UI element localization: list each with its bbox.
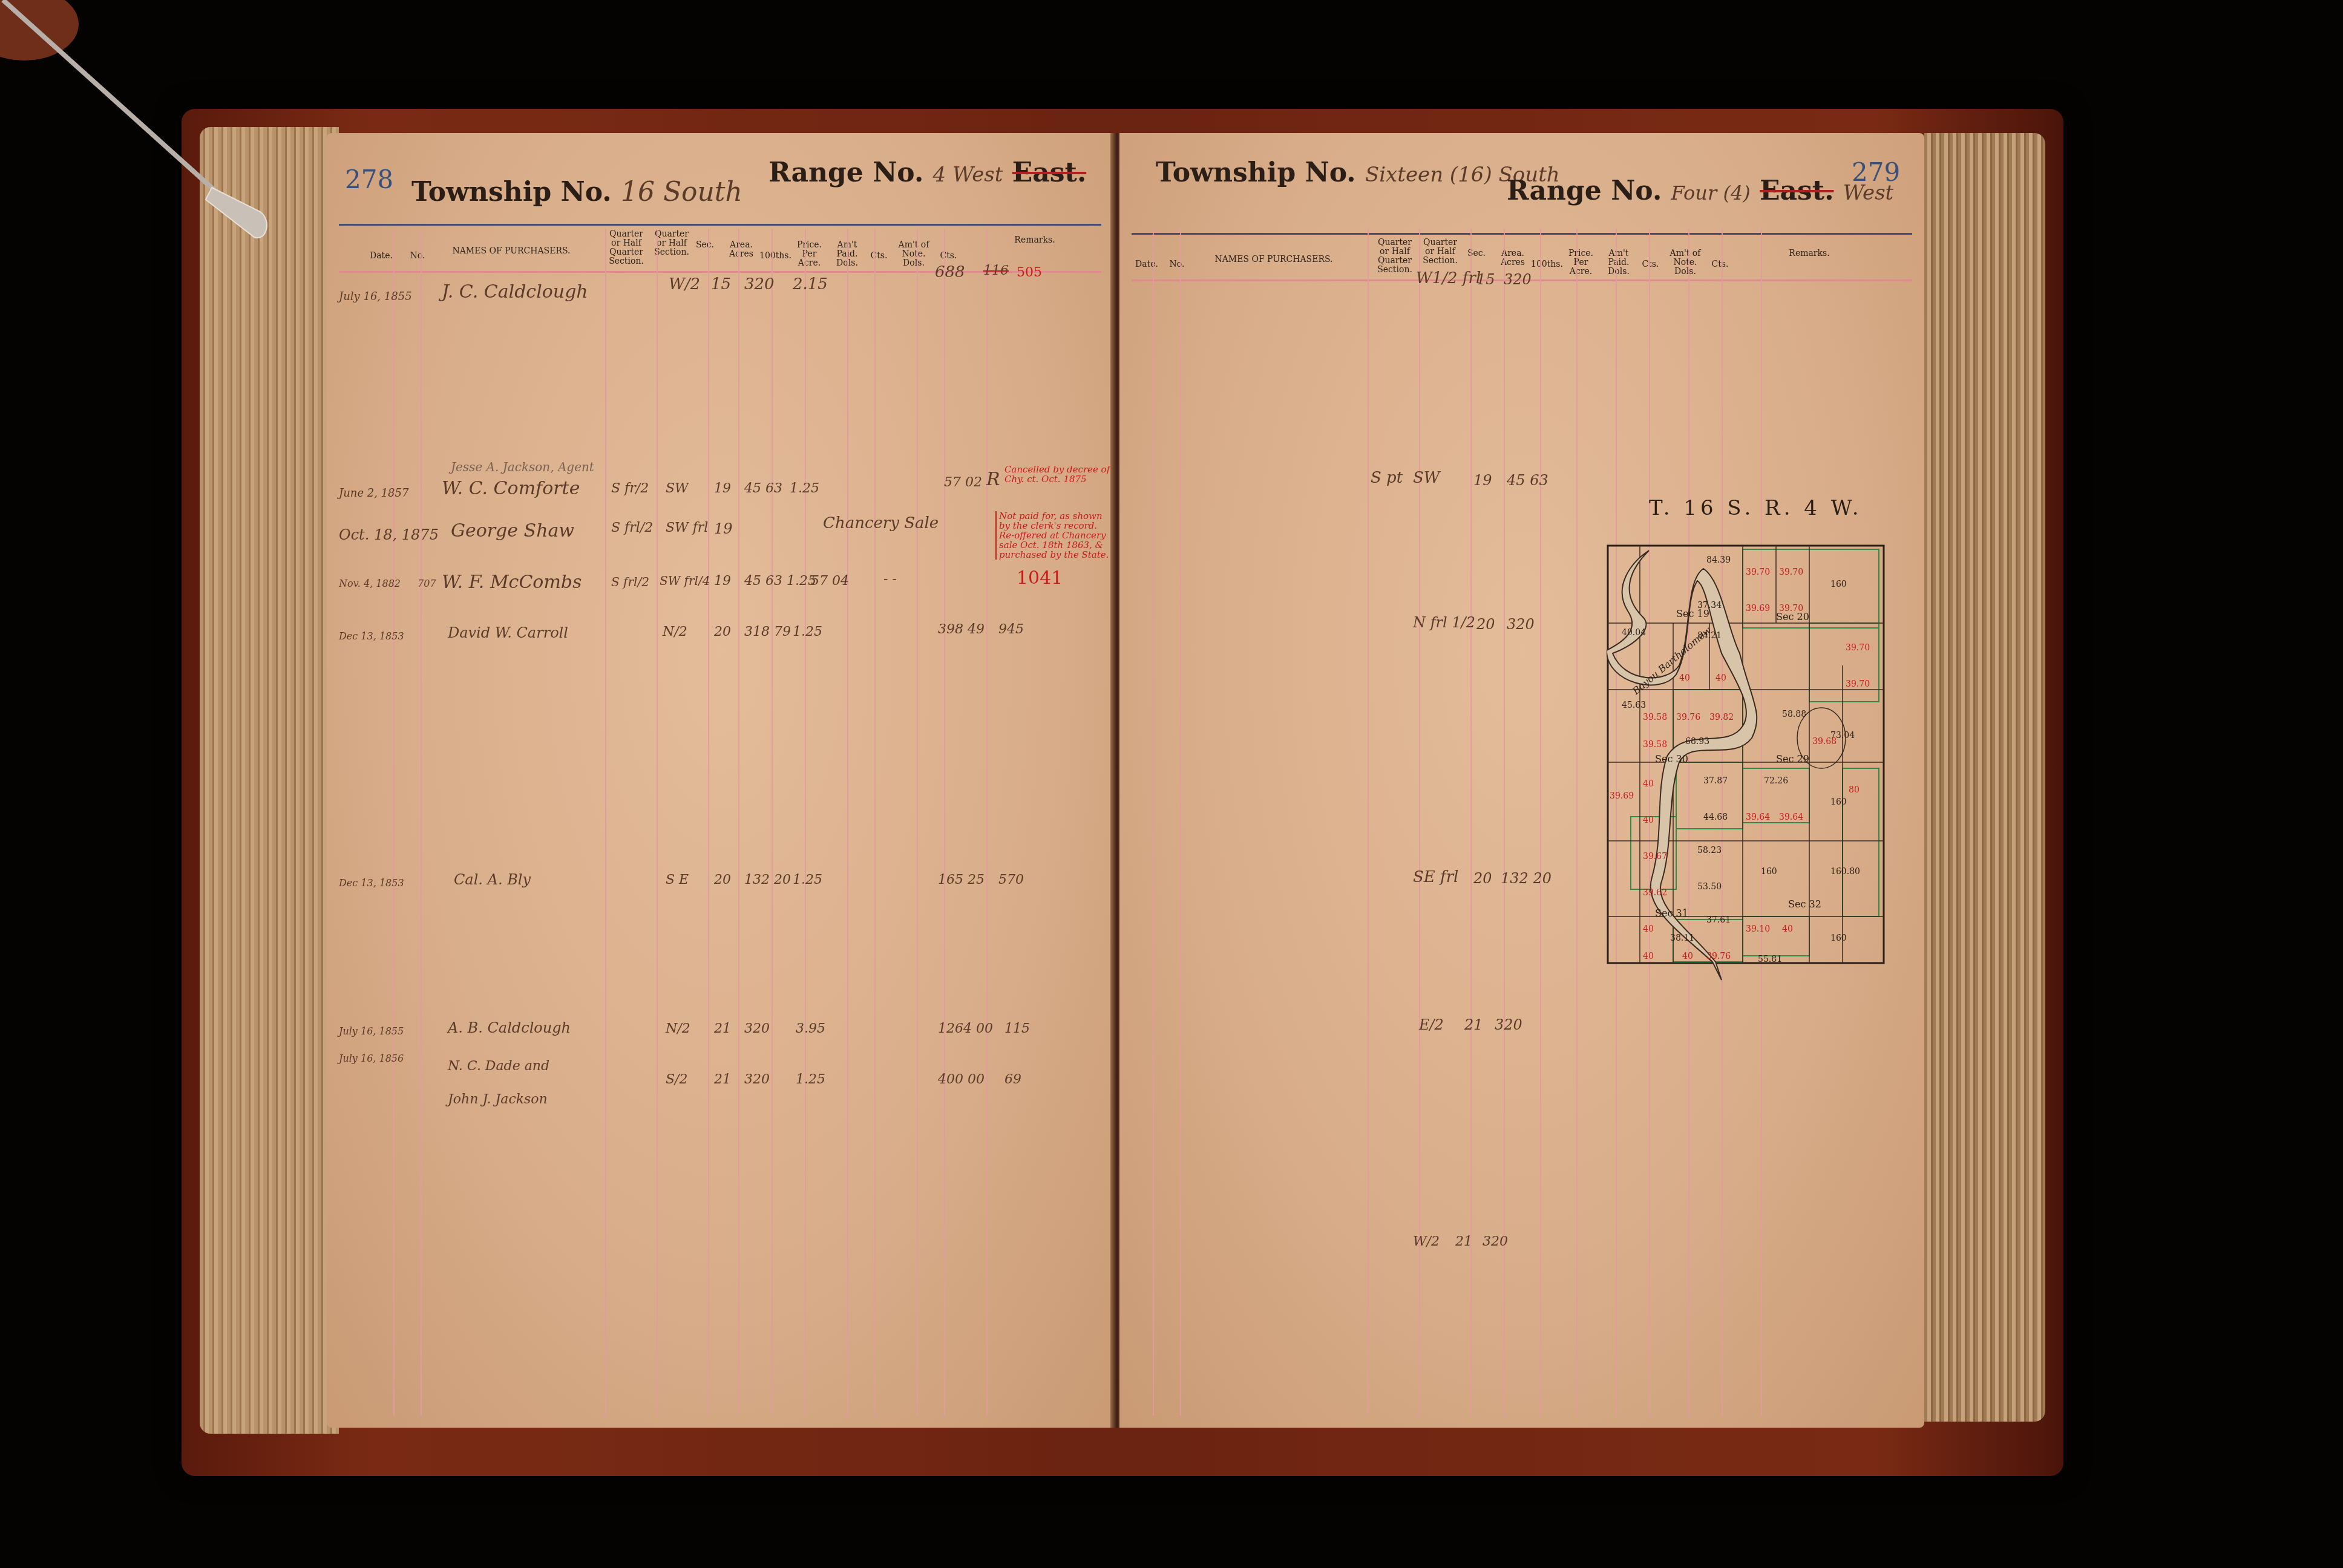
- township-heading: Township No. Sixteen (16) South: [1156, 157, 1560, 188]
- col-hundredths: 100ths.: [1531, 260, 1561, 269]
- svg-text:84.39: 84.39: [1706, 555, 1731, 565]
- township-plat-map: Bayou Bartholomew Sec 19 Sec 20 Sec 29 S…: [1607, 544, 1885, 992]
- left-page: 278 Township No. 16 South Range No. 4 We…: [327, 133, 1113, 1428]
- col-names: NAMES OF PURCHASERS.: [442, 247, 581, 256]
- svg-text:72.26: 72.26: [1764, 776, 1788, 786]
- svg-text:40: 40: [1782, 924, 1793, 934]
- col-no: No.: [1168, 260, 1186, 269]
- svg-text:160: 160: [1830, 933, 1847, 943]
- svg-text:39.67: 39.67: [1643, 852, 1667, 861]
- svg-text:40.04: 40.04: [1622, 628, 1646, 638]
- svg-text:160: 160: [1830, 797, 1847, 807]
- col-paid-cts: Cts.: [868, 252, 890, 261]
- svg-text:39.58: 39.58: [1643, 713, 1667, 722]
- col-note-dols: Am't of Note. Dols.: [1664, 249, 1706, 276]
- range-heading: Range No. 4 West East.: [768, 157, 1086, 188]
- svg-text:Sec 31: Sec 31: [1655, 907, 1688, 919]
- col-note-cts: Cts.: [938, 252, 959, 261]
- svg-text:37.61: 37.61: [1706, 915, 1731, 925]
- page-turner-tool: [0, 0, 424, 272]
- svg-text:39.70: 39.70: [1846, 643, 1870, 653]
- map-title: T. 16 S. R. 4 W.: [1649, 496, 1863, 520]
- range-label: Range No.: [1507, 175, 1662, 206]
- svg-text:37.34: 37.34: [1697, 601, 1722, 610]
- svg-text:39.70: 39.70: [1779, 604, 1803, 613]
- svg-text:53.50: 53.50: [1697, 882, 1722, 892]
- svg-text:39.64: 39.64: [1746, 812, 1770, 822]
- right-page: Township No. Sixteen (16) South Range No…: [1119, 133, 1924, 1428]
- svg-text:39.69: 39.69: [1610, 791, 1634, 801]
- range-heading: Range No. Four (4) East. West: [1507, 175, 1893, 206]
- svg-text:58.23: 58.23: [1697, 846, 1722, 855]
- svg-text:39.70: 39.70: [1746, 567, 1770, 577]
- col-half-quarter: Quarter or Half Quarter Section.: [1374, 238, 1416, 275]
- col-half-section: Quarter or Half Section.: [654, 230, 690, 257]
- header-rule: [339, 224, 1101, 226]
- col-price: Price. Per Acre.: [793, 241, 826, 268]
- township-label: Township No.: [411, 177, 612, 207]
- svg-text:40: 40: [1715, 673, 1726, 683]
- col-date: Date.: [1135, 260, 1159, 269]
- svg-text:160: 160: [1830, 580, 1847, 589]
- col-half-quarter: Quarter or Half Quarter Section.: [605, 230, 647, 266]
- township-label: Township No.: [1156, 157, 1356, 188]
- col-note-dols: Am't of Note. Dols.: [893, 241, 935, 268]
- svg-text:40: 40: [1643, 924, 1654, 934]
- range-label: Range No.: [768, 157, 923, 188]
- svg-text:39.70: 39.70: [1779, 567, 1803, 577]
- header-rule: [1132, 233, 1912, 235]
- svg-text:68.93: 68.93: [1685, 737, 1709, 746]
- col-acres: Area. Acres: [1495, 249, 1531, 267]
- col-price: Price. Per Acre.: [1564, 249, 1597, 276]
- svg-text:39.82: 39.82: [1709, 713, 1734, 722]
- svg-text:39.10: 39.10: [1746, 924, 1770, 934]
- col-note-cts: Cts.: [1709, 260, 1731, 269]
- svg-text:40: 40: [1682, 952, 1693, 961]
- svg-text:160: 160: [1761, 867, 1777, 877]
- svg-text:39.76: 39.76: [1706, 952, 1731, 961]
- svg-text:39.68: 39.68: [1812, 737, 1837, 746]
- svg-text:39.70: 39.70: [1846, 679, 1870, 689]
- direction-struck: East.: [1012, 157, 1086, 188]
- svg-text:40: 40: [1679, 673, 1690, 683]
- range-value: Four (4): [1671, 181, 1751, 204]
- svg-text:Sec 32: Sec 32: [1788, 898, 1821, 910]
- page-number: 279: [1852, 157, 1900, 187]
- svg-text:84.21: 84.21: [1697, 631, 1722, 641]
- page-edges-right: [1924, 133, 2045, 1422]
- col-sec: Sec.: [1464, 249, 1489, 258]
- township-heading: Township No. 16 South: [411, 177, 742, 207]
- svg-text:39.64: 39.64: [1779, 812, 1803, 822]
- direction-struck: East.: [1760, 175, 1833, 206]
- range-value: 4 West: [933, 163, 1003, 187]
- col-remarks: Remarks.: [998, 236, 1071, 245]
- svg-text:44.68: 44.68: [1703, 812, 1728, 822]
- col-names: NAMES OF PURCHASERS.: [1204, 255, 1343, 264]
- svg-text:55.81: 55.81: [1758, 955, 1782, 964]
- svg-text:38.11: 38.11: [1670, 933, 1694, 943]
- svg-text:39.58: 39.58: [1643, 740, 1667, 750]
- svg-text:39.69: 39.69: [1746, 604, 1770, 613]
- col-paid-cts: Cts.: [1640, 260, 1661, 269]
- col-half-section: Quarter or Half Section.: [1422, 238, 1458, 266]
- plat-map-drawing: Bayou Bartholomew Sec 19 Sec 20 Sec 29 S…: [1607, 544, 1885, 992]
- col-acres: Area. Acres: [723, 241, 759, 259]
- svg-text:40: 40: [1643, 952, 1654, 961]
- page-edges-left: [200, 127, 339, 1434]
- col-paid-dols: Am't Paid. Dols.: [1601, 249, 1637, 276]
- col-sec: Sec.: [693, 241, 717, 250]
- svg-text:Sec 30: Sec 30: [1655, 753, 1688, 765]
- svg-text:40: 40: [1643, 779, 1654, 789]
- svg-text:40: 40: [1643, 815, 1654, 825]
- svg-text:58.88: 58.88: [1782, 710, 1806, 719]
- svg-text:45.63: 45.63: [1622, 701, 1646, 710]
- township-value: 16 South: [621, 177, 742, 207]
- svg-text:39.76: 39.76: [1676, 713, 1700, 722]
- svg-text:39.62: 39.62: [1643, 888, 1667, 898]
- svg-text:37.87: 37.87: [1703, 776, 1728, 786]
- col-hundredths: 100ths.: [759, 252, 790, 261]
- svg-text:Sec 29: Sec 29: [1776, 753, 1809, 765]
- col-remarks: Remarks.: [1773, 249, 1846, 258]
- svg-text:80: 80: [1849, 785, 1860, 795]
- svg-text:160.80: 160.80: [1830, 867, 1860, 877]
